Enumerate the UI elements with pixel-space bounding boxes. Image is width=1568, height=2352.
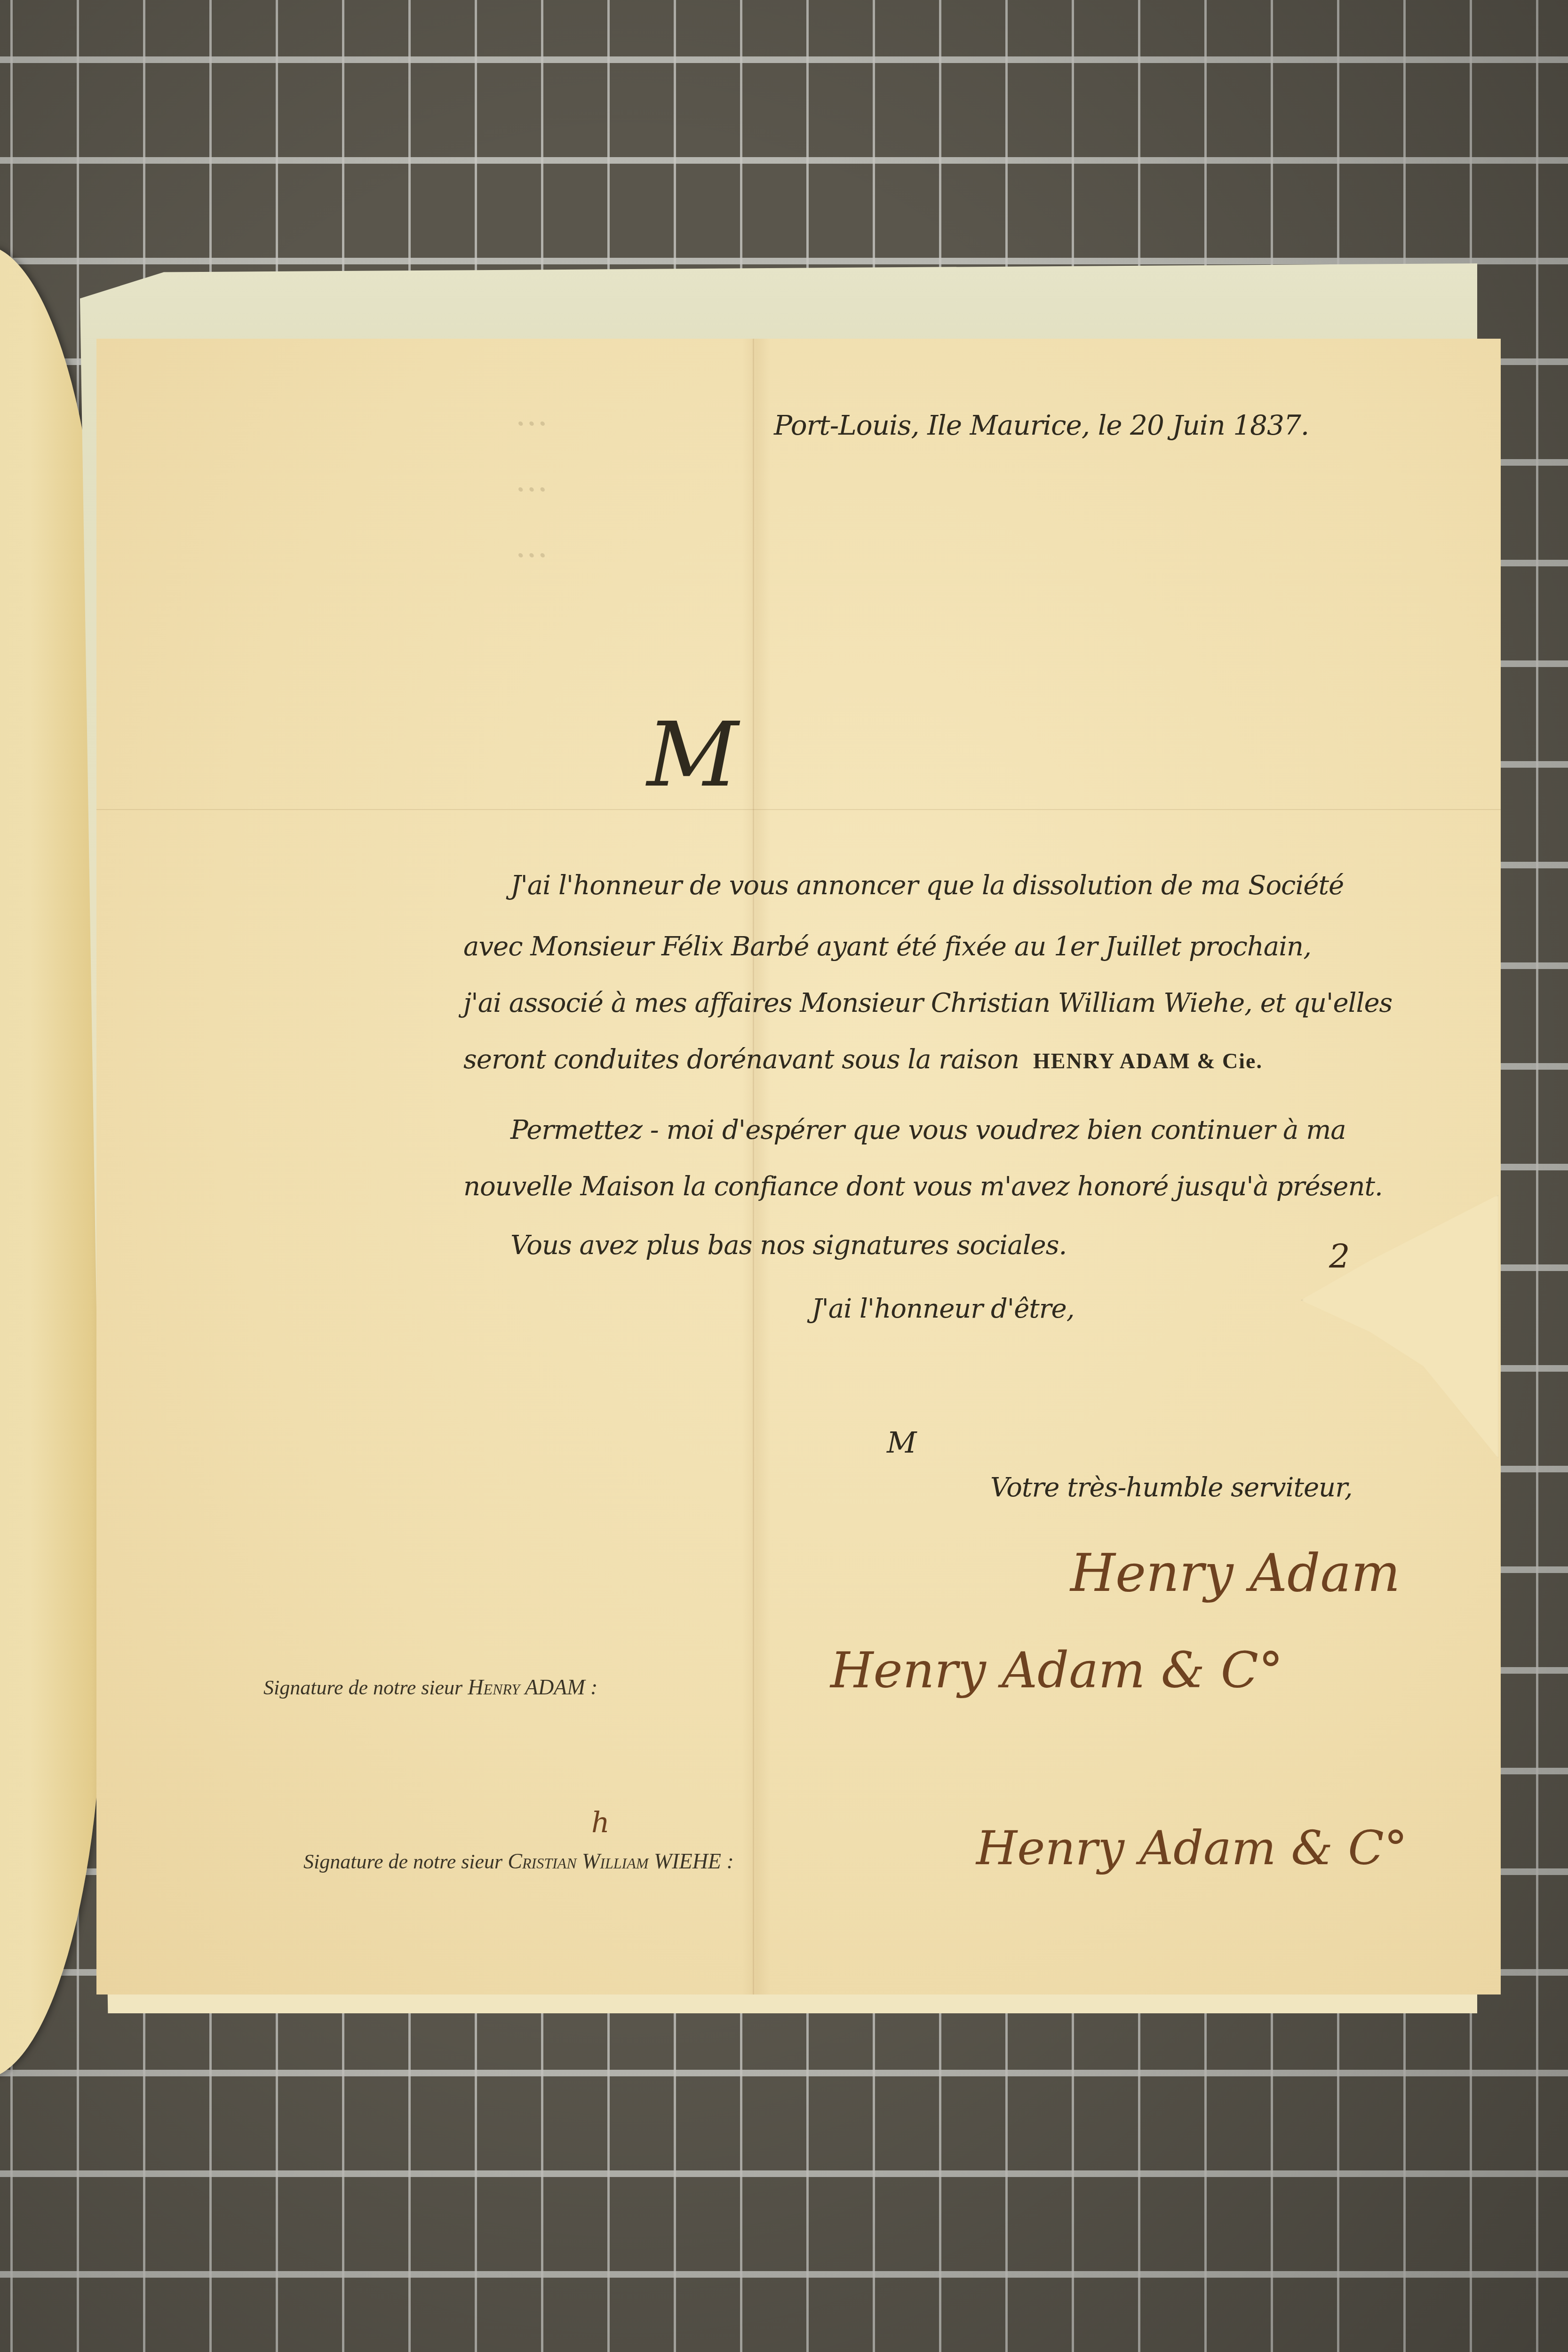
body-line: seront conduites dorénavant sous la rais… bbox=[463, 1044, 1263, 1075]
closing-line: Votre très-humble serviteur, bbox=[990, 1472, 1353, 1503]
body-line: Vous avez plus bas nos signatures social… bbox=[510, 1230, 1067, 1261]
body-line: avec Monsieur Félix Barbé ayant été fixé… bbox=[463, 931, 1311, 962]
letter-sheet: … … … Port-Louis, Ile Maurice, le 20 Jui… bbox=[96, 339, 1501, 1994]
firm-name: HENRY ADAM & Cie. bbox=[1033, 1049, 1263, 1073]
body-line: nouvelle Maison la confiance dont vous m… bbox=[463, 1171, 1383, 1202]
signature-label-christian-wiehe: Signature de notre sieur Cristian Willia… bbox=[303, 1849, 734, 1874]
body-line-text: seront conduites dorénavant sous la rais… bbox=[463, 1044, 1019, 1075]
closing-line: J'ai l'honneur d'être, bbox=[812, 1294, 1075, 1324]
closing-monogram: M bbox=[887, 1425, 916, 1460]
body-line: j'ai associé à mes affaires Monsieur Chr… bbox=[463, 988, 1392, 1018]
handwritten-correction: h bbox=[591, 1806, 610, 1839]
body-line: J'ai l'honneur de vous annoncer que la d… bbox=[510, 870, 1344, 901]
place-date-line: Port-Louis, Ile Maurice, le 20 Juin 1837… bbox=[774, 409, 1309, 441]
fold-line bbox=[96, 809, 1501, 810]
main-signature: Henry Adam bbox=[1070, 1543, 1400, 1603]
body-line: Permettez - moi d'espérer que vous voudr… bbox=[510, 1115, 1346, 1145]
signature-company: Henry Adam & C° bbox=[976, 1820, 1408, 1875]
margin-mark: 2 bbox=[1329, 1237, 1350, 1276]
fold-line bbox=[753, 339, 754, 1994]
reverse-bleed-through: … … … bbox=[219, 381, 548, 579]
signature-label-henry-adam: Signature de notre sieur Henry ADAM : bbox=[263, 1675, 597, 1700]
salutation-monogram: M bbox=[647, 710, 739, 800]
torn-flap bbox=[1301, 1195, 1498, 1458]
signature-henry-adam: Henry Adam & C° bbox=[830, 1642, 1283, 1699]
